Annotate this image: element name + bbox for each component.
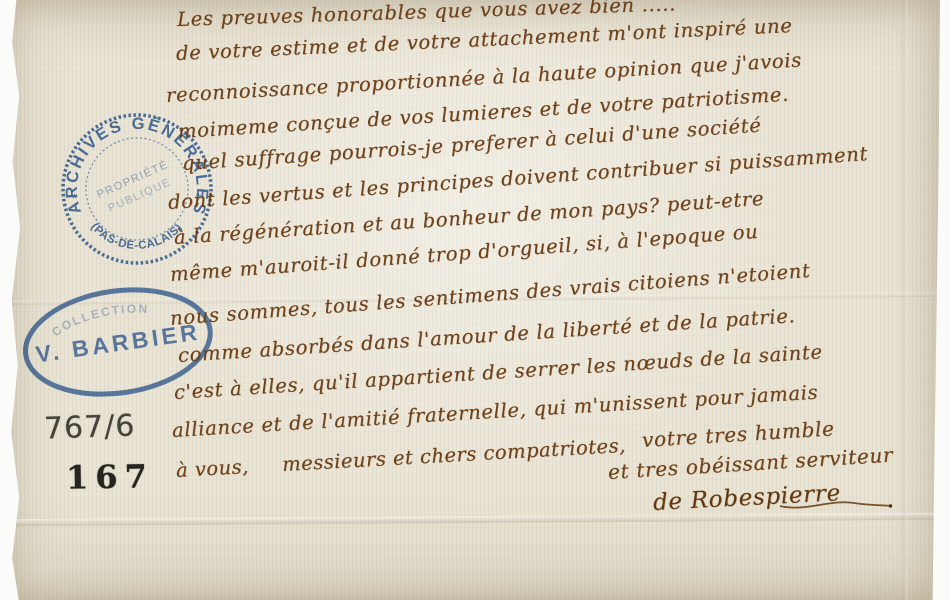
paper-fold-crease [902, 0, 908, 600]
signature-flourish [778, 497, 896, 515]
stamp-bottom-arc-text: (PAS-DE-CALAIS) [88, 221, 185, 252]
scan-background: ARCHIVES GÉNÉRALES (PAS-DE-CALAIS) * * P… [0, 0, 950, 600]
stamp-star-left: * [72, 190, 78, 206]
pencil-catalog-number: 767/6 [43, 408, 136, 446]
stamped-folio-number: 167 [66, 457, 154, 497]
svg-text:(PAS-DE-CALAIS): (PAS-DE-CALAIS) [88, 221, 185, 252]
